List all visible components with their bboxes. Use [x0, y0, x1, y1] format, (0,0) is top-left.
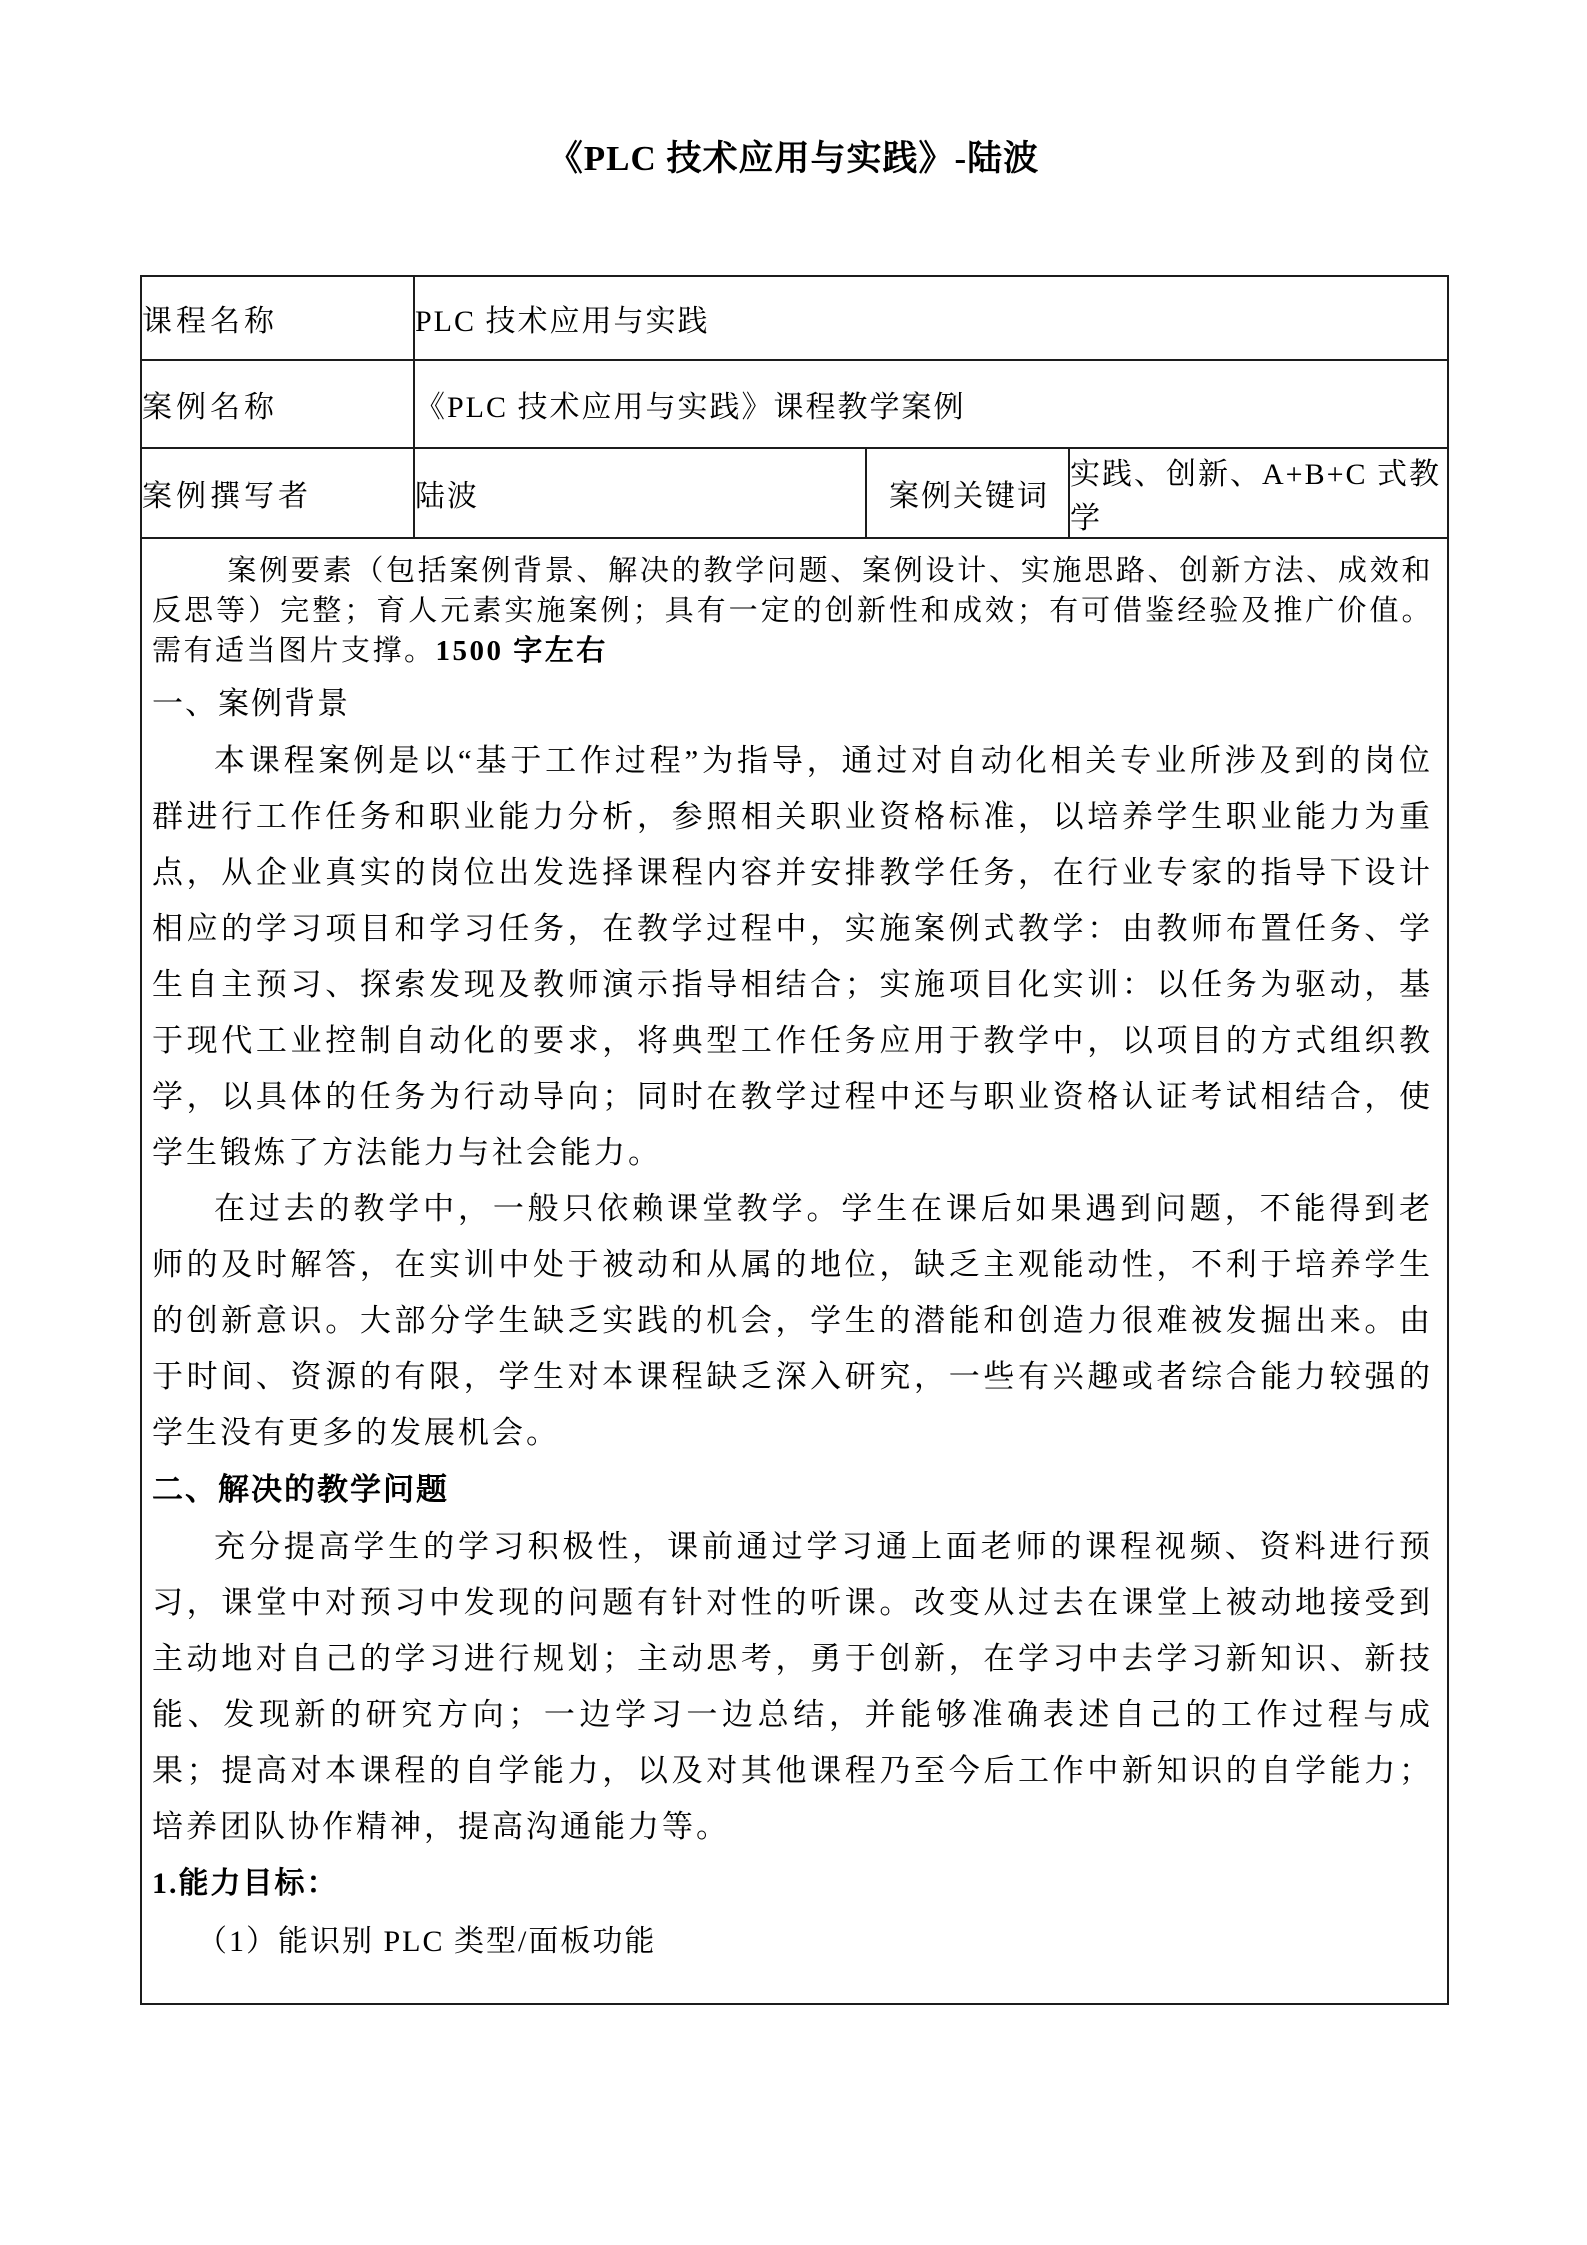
case-body-cell: 案例要素（包括案例背景、解决的教学问题、案例设计、实施思路、创新方法、成效和反思…	[141, 538, 1448, 2004]
document-page: 《PLC 技术应用与实践》-陆波 课程名称 PLC 技术应用与实践 案例名称 《…	[0, 0, 1587, 2245]
ability-goal-item-1: （1）能识别 PLC 类型/面板功能	[152, 1913, 1433, 1971]
section-1-heading: 一、案例背景	[152, 675, 1433, 733]
document-title: 《PLC 技术应用与实践》-陆波	[0, 131, 1587, 181]
case-keywords-value: 实践、创新、A+B+C 式教学	[1069, 448, 1448, 538]
case-author-value: 陆波	[414, 448, 866, 538]
ability-goal-title: 1.能力目标：	[152, 1855, 1433, 1913]
table-row: 案例要素（包括案例背景、解决的教学问题、案例设计、实施思路、创新方法、成效和反思…	[141, 538, 1448, 2004]
requirements-paragraph: 案例要素（包括案例背景、解决的教学问题、案例设计、实施思路、创新方法、成效和反思…	[152, 551, 1433, 671]
table-row: 课程名称 PLC 技术应用与实践	[141, 276, 1448, 360]
course-name-label: 课程名称	[141, 276, 414, 360]
case-info-table: 课程名称 PLC 技术应用与实践 案例名称 《PLC 技术应用与实践》课程教学案…	[140, 275, 1449, 2005]
background-paragraph-2: 在过去的教学中，一般只依赖课堂教学。学生在课后如果遇到问题，不能得到老师的及时解…	[152, 1181, 1433, 1461]
case-keywords-label: 案例关键词	[866, 448, 1069, 538]
case-body-content: 案例要素（包括案例背景、解决的教学问题、案例设计、实施思路、创新方法、成效和反思…	[142, 539, 1447, 2003]
case-name-label: 案例名称	[141, 360, 414, 448]
case-name-value: 《PLC 技术应用与实践》课程教学案例	[414, 360, 1448, 448]
case-author-label: 案例撰写者	[141, 448, 414, 538]
background-paragraph-1: 本课程案例是以“基于工作过程”为指导，通过对自动化相关专业所涉及到的岗位群进行工…	[152, 733, 1433, 1181]
solution-paragraph: 充分提高学生的学习积极性，课前通过学习通上面老师的课程视频、资料进行预习，课堂中…	[152, 1519, 1433, 1855]
table-row: 案例名称 《PLC 技术应用与实践》课程教学案例	[141, 360, 1448, 448]
requirements-text: 案例要素（包括案例背景、解决的教学问题、案例设计、实施思路、创新方法、成效和反思…	[152, 555, 1433, 667]
course-name-value: PLC 技术应用与实践	[414, 276, 1448, 360]
section-2-heading: 二、解决的教学问题	[152, 1461, 1433, 1519]
table-row: 案例撰写者 陆波 案例关键词 实践、创新、A+B+C 式教学	[141, 448, 1448, 538]
word-count-requirement: 1500 字左右	[436, 635, 608, 667]
